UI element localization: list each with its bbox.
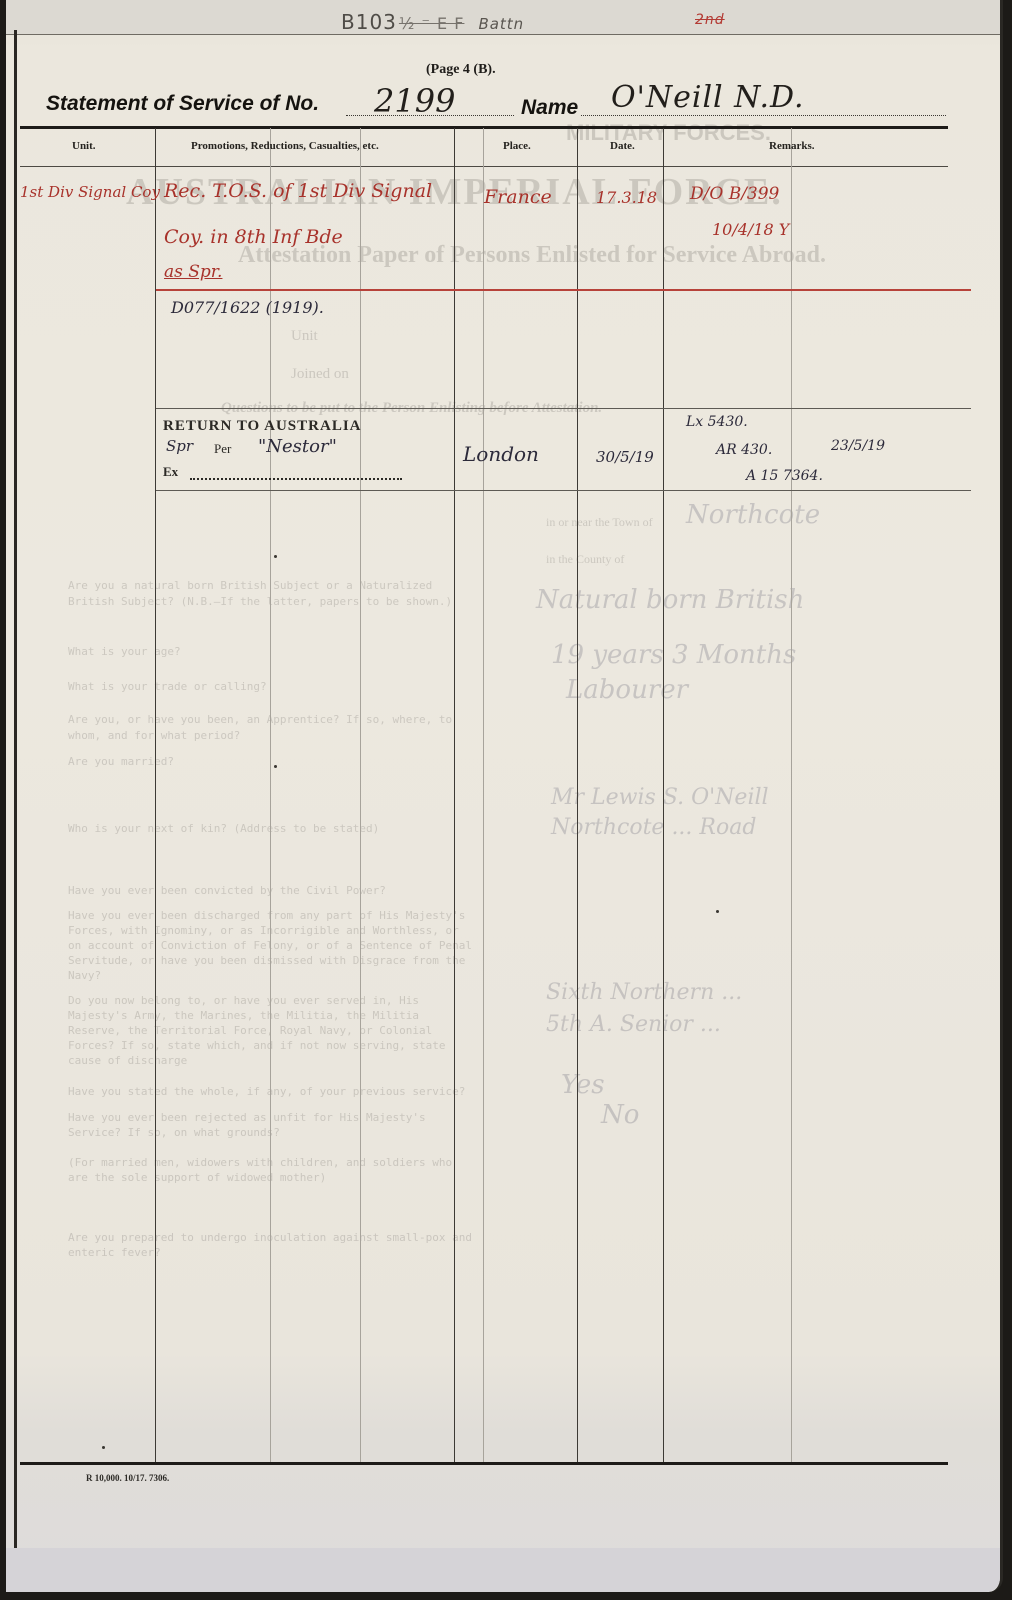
archive-reference: B103½ ⁻ E FBattn 2nd — [341, 10, 524, 34]
return-ex-label: Ex — [163, 464, 178, 480]
column-header-place: Place. — [503, 140, 531, 152]
page-label: (Page 4 (B). — [426, 62, 496, 78]
column-divider-date — [663, 128, 664, 1462]
column-header-date: Date. — [610, 140, 635, 152]
column-header-remarks: Remarks. — [769, 140, 815, 152]
service-number: 2199 — [374, 82, 455, 120]
header-top-rule — [20, 126, 948, 129]
column-divider-faint-2 — [360, 128, 361, 1462]
return-date: 30/5/19 — [596, 448, 654, 466]
return-per-label: Per — [214, 441, 231, 457]
bleed-town-value: Northcote — [686, 500, 820, 530]
entry-red-underline — [156, 289, 971, 291]
bleed-question-15: Are you prepared to undergo inoculation … — [68, 1230, 478, 1260]
bleed-question-7: Are you married? — [68, 755, 174, 768]
bleed-answer-age: 19 years 3 Months — [551, 640, 796, 670]
return-rank: Spr — [166, 437, 193, 455]
page-left-border — [14, 30, 17, 1550]
bleed-question-5: What is your trade or calling? — [68, 680, 267, 693]
archive-annotation: Battn — [478, 15, 524, 33]
return-ex-dotted-line — [190, 478, 402, 480]
print-code: R 10,000. 10/17. 7306. — [86, 1473, 169, 1483]
bleed-question-13: Have you ever been rejected as unfit for… — [68, 1110, 478, 1140]
ink-speck — [274, 555, 277, 558]
stamp-top-rule — [156, 408, 971, 409]
return-remarks-line-1: Lx 5430. — [686, 414, 748, 430]
bleed-question-11: Do you now belong to, or have you ever s… — [68, 993, 478, 1068]
bleed-question-9: Have you ever been convicted by the Civi… — [68, 884, 386, 897]
header-bottom-rule — [20, 166, 948, 167]
return-remarks-line-2: AR 430. — [716, 442, 772, 458]
archive-struck-text: ½ ⁻ E F — [399, 14, 465, 33]
table-bottom-rule — [20, 1462, 948, 1465]
column-header-unit: Unit. — [72, 140, 96, 152]
name-dotted-line — [581, 115, 946, 116]
bleed-answer-11-2: 5th A. Senior ... — [546, 1012, 721, 1037]
bleed-question-10: Have you ever been discharged from any p… — [68, 908, 478, 983]
bleed-joined-label: Joined on — [291, 366, 349, 383]
bleed-subheader: MILITARY FORCES. — [566, 120, 771, 146]
column-divider-place — [577, 128, 578, 1462]
bleed-unit-label: Unit — [291, 328, 318, 345]
column-divider-faint-1 — [270, 128, 271, 1462]
column-divider-promotions — [454, 128, 455, 1462]
bleed-answer-trade: Labourer — [566, 675, 688, 705]
name-label: Name — [521, 96, 578, 120]
statement-of-service-label: Statement of Service of No. — [46, 92, 319, 116]
ink-speck — [102, 1446, 105, 1449]
bleed-question-14: (For married men, widowers with children… — [68, 1155, 478, 1185]
bleed-county-label: in the County of — [546, 552, 624, 567]
column-divider-faint-4 — [791, 128, 792, 1462]
entry-remarks-line-2: 10/4/18 Y — [712, 220, 789, 239]
return-place: London — [463, 442, 539, 466]
entry-promotion-line-1: Rec. T.O.S. of 1st Div Signal — [164, 180, 432, 202]
page-bottom-band — [6, 1548, 1000, 1592]
bleed-question-3: Are you a natural born British Subject o… — [68, 578, 478, 610]
bleed-answer-13: No — [601, 1100, 639, 1130]
name-value: O'Neill N.D. — [611, 80, 805, 115]
return-stamp-title: RETURN TO AUSTRALIA — [163, 418, 362, 435]
entry-unit: 1st Div Signal Coy — [20, 183, 160, 201]
entry-promotion-line-2: Coy. in 8th Inf Bde — [164, 226, 343, 248]
ink-speck — [716, 910, 719, 913]
document-page: B103½ ⁻ E FBattn 2nd AUSTRALIAN IMPERIAL… — [6, 0, 1003, 1592]
return-remarks-line-3: A 15 7364. — [746, 468, 823, 484]
archive-code: B103 — [341, 10, 397, 34]
bleed-question-4: What is your age? — [68, 645, 181, 658]
entry-place: France — [484, 186, 552, 208]
bleed-question-12: Have you stated the whole, if any, of yo… — [68, 1085, 465, 1098]
stamp-bottom-rule — [156, 490, 971, 491]
bleed-question-8: Who is your next of kin? (Address to be … — [68, 822, 379, 835]
bleed-town-label: in or near the Town of — [546, 515, 653, 530]
return-remarks-date: 23/5/19 — [831, 438, 885, 454]
archive-red-note: 2nd — [695, 12, 725, 28]
column-divider-faint-3 — [483, 128, 484, 1462]
bleed-answer-11-1: Sixth Northern ... — [546, 980, 742, 1005]
column-header-promotions: Promotions, Reductions, Casualties, etc. — [191, 140, 379, 152]
bleed-answer-12: Yes — [561, 1070, 605, 1100]
return-ship: "Nestor" — [258, 436, 337, 457]
entry-remarks-line-1: D/O B/399 — [690, 184, 779, 204]
reference-note: D077/1622 (1919). — [171, 298, 324, 317]
bleed-answer-kin-1: Mr Lewis S. O'Neill — [551, 785, 769, 810]
ink-speck — [274, 765, 277, 768]
bleed-question-6: Are you, or have you been, an Apprentice… — [68, 712, 478, 744]
entry-promotion-line-3: as Spr. — [164, 262, 222, 282]
bleed-answer-kin-2: Northcote ... Road — [551, 815, 756, 840]
entry-date: 17.3.18 — [596, 188, 657, 207]
column-divider-unit — [155, 128, 156, 1462]
